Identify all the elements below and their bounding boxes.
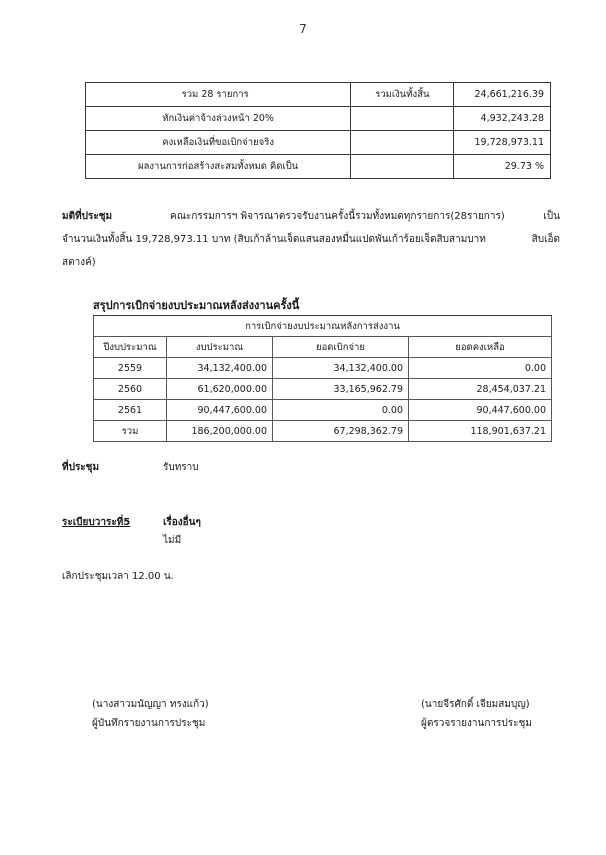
totals-value: 24,661,216.39 xyxy=(454,83,551,107)
acknowledgement-heading: ที่ประชุม xyxy=(62,460,99,475)
resolution-text-1: คณะกรรมการฯ พิจารณาตรวจรับงานครั้งนี้รวม… xyxy=(170,205,505,228)
signature-left-role: ผู้บันทึกรายงานการประชุม xyxy=(92,716,205,731)
table-row-total: รวม 186,200,000.00 67,298,362.79 118,901… xyxy=(94,421,552,442)
agenda5-detail: ไม่มี xyxy=(163,533,181,548)
table-row: ผลงานการก่อสร้างสะสมทั้งหมด คิดเป็น 29.7… xyxy=(86,155,551,179)
agenda5-heading: ระเบียบวาระที่5 xyxy=(62,515,130,530)
totals-value: 19,728,973.11 xyxy=(454,131,551,155)
cell-budget: 61,620,000.00 xyxy=(167,379,273,400)
table-row: รวม 28 รายการ รวมเงินทั้งสิ้น 24,661,216… xyxy=(86,83,551,107)
cell-remaining: 28,454,037.21 xyxy=(409,379,552,400)
cell-budget: 90,447,600.00 xyxy=(167,400,273,421)
cell-disbursed: 67,298,362.79 xyxy=(273,421,409,442)
page-number: 7 xyxy=(0,22,606,36)
cell-budget: 34,132,400.00 xyxy=(167,358,273,379)
cell-remaining: 0.00 xyxy=(409,358,552,379)
resolution-heading: มติที่ประชุม xyxy=(62,211,112,222)
totals-label: ผลงานการก่อสร้างสะสมทั้งหมด คิดเป็น xyxy=(86,155,351,179)
totals-middle xyxy=(351,131,454,155)
table-row: 2561 90,447,600.00 0.00 90,447,600.00 xyxy=(94,400,552,421)
table-row: หักเงินค่าจ้างล่วงหน้า 20% 4,932,243.28 xyxy=(86,107,551,131)
header-disbursed: ยอดเบิกจ่าย xyxy=(273,337,409,358)
cell-year: 2561 xyxy=(94,400,167,421)
totals-label: รวม 28 รายการ xyxy=(86,83,351,107)
cell-remaining: 118,901,637.21 xyxy=(409,421,552,442)
totals-value: 4,932,243.28 xyxy=(454,107,551,131)
acknowledgement-text: รับทราบ xyxy=(163,460,199,475)
resolution-text-3: สตางค์) xyxy=(62,257,96,268)
totals-table: รวม 28 รายการ รวมเงินทั้งสิ้น 24,661,216… xyxy=(85,82,551,179)
budget-summary-title: สรุปการเบิกจ่ายงบประมาณหลังส่งงานครั้งนี… xyxy=(93,296,299,314)
header-fiscal-year: ปีงบประมาณ xyxy=(94,337,167,358)
cell-year: 2559 xyxy=(94,358,167,379)
header-remaining: ยอดคงเหลือ xyxy=(409,337,552,358)
header-budget: งบประมาณ xyxy=(167,337,273,358)
totals-label: หักเงินค่าจ้างล่วงหน้า 20% xyxy=(86,107,351,131)
cell-disbursed: 33,165,962.79 xyxy=(273,379,409,400)
resolution-line-2: จำนวนเงินทั้งสิ้น 19,728,973.11 บาท (สิบ… xyxy=(62,228,560,251)
signature-right-name: (นายจีรศักดิ์ เจียมสมบุญ) xyxy=(421,697,530,712)
totals-middle xyxy=(351,107,454,131)
resolution-section: มติที่ประชุม คณะกรรมการฯ พิจารณาตรวจรับง… xyxy=(62,205,560,274)
cell-year: 2560 xyxy=(94,379,167,400)
resolution-line-1: มติที่ประชุม คณะกรรมการฯ พิจารณาตรวจรับง… xyxy=(62,205,560,228)
resolution-line-3: สตางค์) xyxy=(62,251,560,274)
resolution-text-2-end: สิบเอ็ด xyxy=(532,228,560,251)
table-row: 2559 34,132,400.00 34,132,400.00 0.00 xyxy=(94,358,552,379)
totals-label: คงเหลือเงินที่ขอเบิกจ่ายจริง xyxy=(86,131,351,155)
table-row: 2560 61,620,000.00 33,165,962.79 28,454,… xyxy=(94,379,552,400)
budget-table: การเบิกจ่ายงบประมาณหลังการส่งงาน ปีงบประ… xyxy=(93,315,552,442)
table-header-row: ปีงบประมาณ งบประมาณ ยอดเบิกจ่าย ยอดคงเหล… xyxy=(94,337,552,358)
cell-disbursed: 34,132,400.00 xyxy=(273,358,409,379)
closing-time: เลิกประชุมเวลา 12.00 น. xyxy=(62,569,174,584)
signature-left-name: (นางสาวมนัญญา ทรงแก้ว) xyxy=(92,697,209,712)
budget-table-caption: การเบิกจ่ายงบประมาณหลังการส่งงาน xyxy=(94,316,552,337)
cell-budget: 186,200,000.00 xyxy=(167,421,273,442)
totals-middle xyxy=(351,155,454,179)
agenda5-topic: เรื่องอื่นๆ xyxy=(163,515,201,530)
cell-remaining: 90,447,600.00 xyxy=(409,400,552,421)
table-caption-row: การเบิกจ่ายงบประมาณหลังการส่งงาน xyxy=(94,316,552,337)
totals-middle: รวมเงินทั้งสิ้น xyxy=(351,83,454,107)
signature-right-role: ผู้ตรวจรายงานการประชุม xyxy=(421,716,532,731)
cell-year: รวม xyxy=(94,421,167,442)
cell-disbursed: 0.00 xyxy=(273,400,409,421)
resolution-text-2: จำนวนเงินทั้งสิ้น 19,728,973.11 บาท (สิบ… xyxy=(62,234,486,245)
table-row: คงเหลือเงินที่ขอเบิกจ่ายจริง 19,728,973.… xyxy=(86,131,551,155)
resolution-text-1-end: เป็น xyxy=(543,205,560,228)
totals-value: 29.73 % xyxy=(454,155,551,179)
